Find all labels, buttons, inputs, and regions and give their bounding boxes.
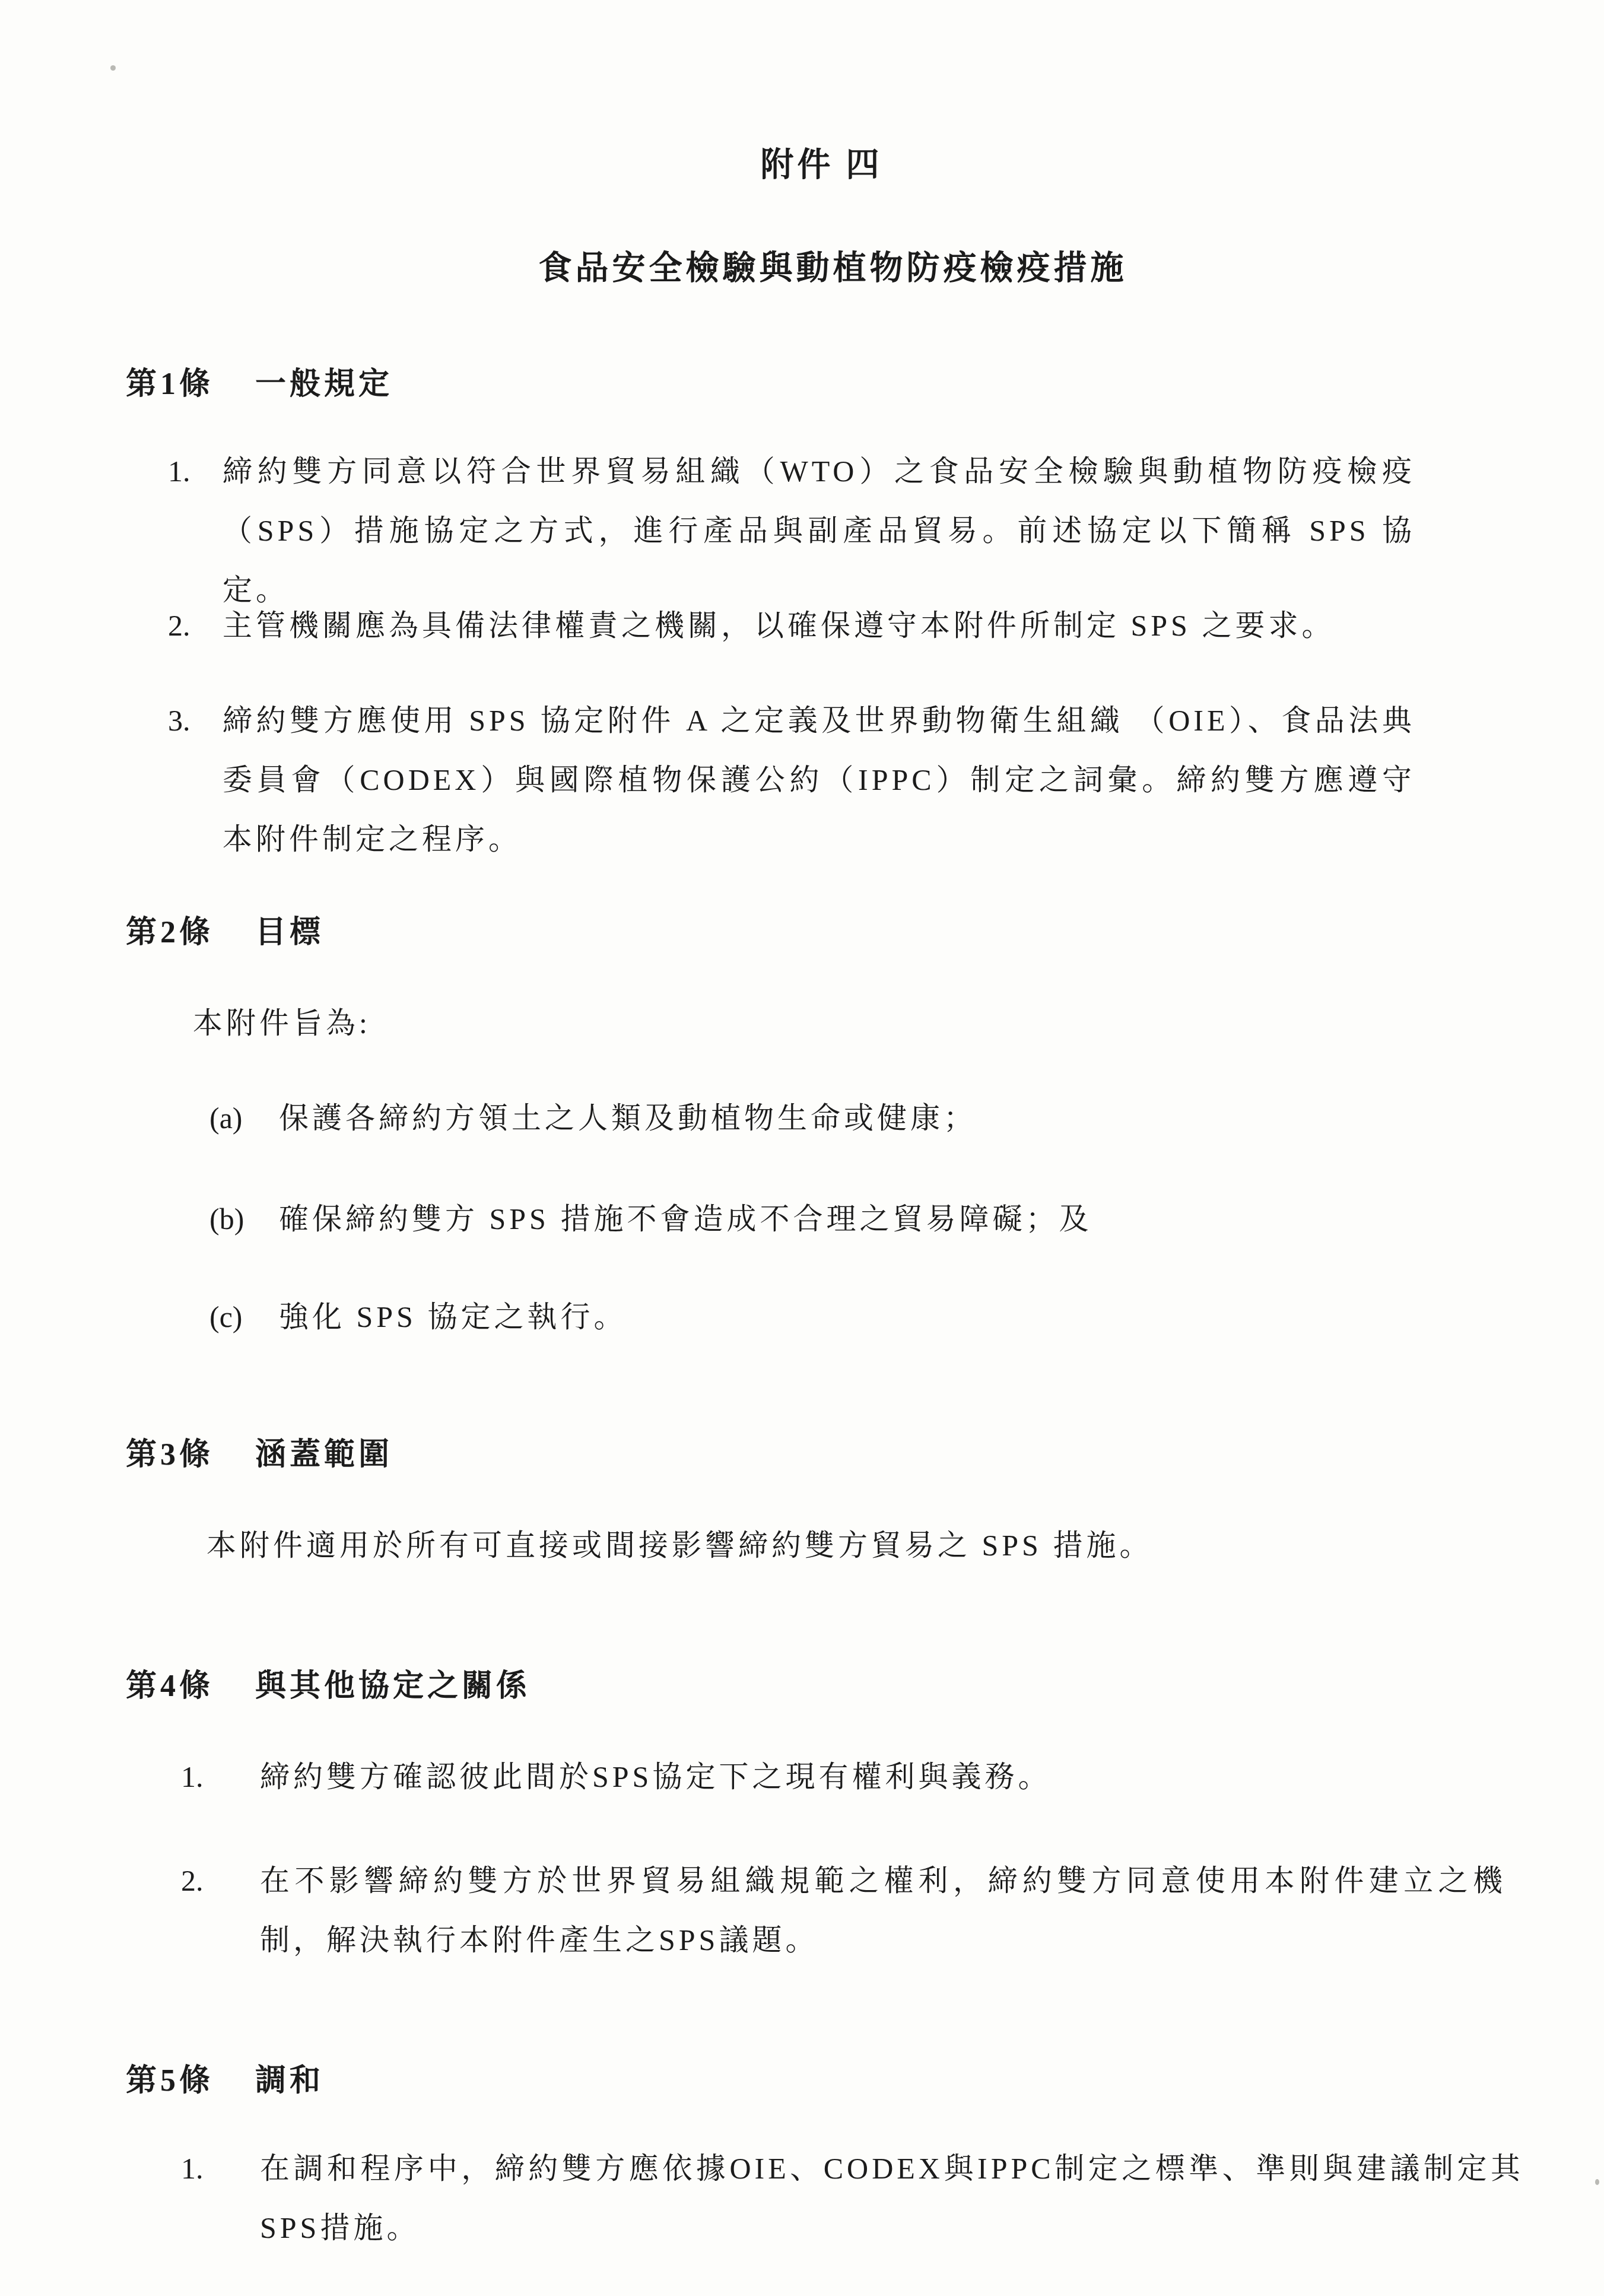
scan-speck: [110, 65, 116, 71]
item-marker: 2.: [181, 1851, 204, 1910]
article-2-heading-row: 第2條目標: [126, 915, 324, 951]
item-text: 締約雙方確認彼此間於SPS協定下之現有權利與義務。: [260, 1760, 1051, 1793]
list-item: (b) 確保締約雙方 SPS 措施不會造成不合理之貿易障礙；及: [279, 1189, 1472, 1249]
article-1-heading-row: 第1條一般規定: [126, 367, 393, 402]
item-text: 確保締約雙方 SPS 措施不會造成不合理之貿易障礙；及: [279, 1202, 1092, 1236]
item-marker: (b): [209, 1189, 244, 1249]
article-intro: 本附件旨為:: [193, 993, 1504, 1053]
item-text: 在不影響締約雙方於世界貿易組織規範之權利，締約雙方同意使用本附件建立之機制，解決…: [260, 1864, 1506, 1957]
list-item: (a) 保護各締約方領土之人類及動植物生命或健康；: [279, 1088, 1472, 1148]
article-number: 第4條: [126, 1669, 255, 1704]
scan-speck: [1595, 2179, 1599, 2185]
article-title: 目標: [255, 916, 324, 949]
list-item: (c) 強化 SPS 協定之執行。: [279, 1287, 1472, 1347]
list-item: 3. 締約雙方應使用 SPS 協定附件 A 之定義及世界動物衛生組織 （OIE）…: [223, 691, 1415, 869]
document-page: 附件 四 食品安全檢驗與動植物防疫檢疫措施 第1條一般規定 1. 締約雙方同意以…: [0, 0, 1604, 2296]
article-4-heading-row: 第4條與其他協定之關係: [126, 1669, 531, 1704]
item-text: 在調和程序中，締約雙方應依據OIE、CODEX與IPPC制定之標準、準則與建議制…: [260, 2152, 1524, 2244]
document-title: 食品安全檢驗與動植物防疫檢疫措施: [31, 252, 1604, 285]
item-marker: 1.: [168, 442, 190, 501]
item-marker: (c): [209, 1287, 243, 1347]
article-title: 涵蓋範圍: [255, 1438, 393, 1472]
item-marker: 3.: [168, 691, 190, 750]
article-number: 第3條: [126, 1437, 255, 1473]
item-marker: 1.: [181, 2139, 204, 2198]
article-number: 第5條: [126, 2063, 255, 2099]
item-marker: 1.: [181, 1747, 204, 1806]
article-title: 一般規定: [255, 367, 393, 401]
list-item: 2. 主管機關應為具備法律權責之機關，以確保遵守本附件所制定 SPS 之要求。: [223, 596, 1498, 655]
annex-label: 附件 四: [20, 148, 1604, 182]
item-text: 締約雙方應使用 SPS 協定附件 A 之定義及世界動物衛生組織 （OIE）、食品…: [223, 704, 1415, 856]
article-3-heading-row: 第3條涵蓋範圍: [126, 1437, 393, 1473]
article-number: 第2條: [126, 915, 255, 951]
list-item: 1. 締約雙方同意以符合世界貿易組織（WTO）之食品安全檢驗與動植物防疫檢疫（S…: [223, 442, 1415, 620]
item-text: 締約雙方同意以符合世界貿易組織（WTO）之食品安全檢驗與動植物防疫檢疫（SPS）…: [223, 455, 1415, 606]
article-5-heading-row: 第5條調和: [126, 2063, 324, 2099]
list-item: 2. 在不影響締約雙方於世界貿易組織規範之權利，締約雙方同意使用本附件建立之機制…: [260, 1851, 1506, 1970]
item-marker: 2.: [168, 596, 190, 655]
article-intro: 本附件適用於所有可直接或間接影響締約雙方貿易之 SPS 措施。: [207, 1516, 1518, 1575]
article-number: 第1條: [126, 367, 255, 402]
item-text: 強化 SPS 協定之執行。: [279, 1300, 627, 1333]
item-text: 主管機關應為具備法律權責之機關，以確保遵守本附件所制定 SPS 之要求。: [223, 609, 1335, 642]
list-item: 1. 締約雙方確認彼此間於SPS協定下之現有權利與義務。: [260, 1747, 1506, 1806]
item-marker: (a): [209, 1088, 243, 1148]
list-item: 1. 在調和程序中，締約雙方應依據OIE、CODEX與IPPC制定之標準、準則與…: [260, 2139, 1524, 2257]
article-title: 調和: [255, 2064, 324, 2098]
item-text: 保護各締約方領土之人類及動植物生命或健康；: [279, 1101, 977, 1135]
article-title: 與其他協定之關係: [255, 1669, 531, 1703]
